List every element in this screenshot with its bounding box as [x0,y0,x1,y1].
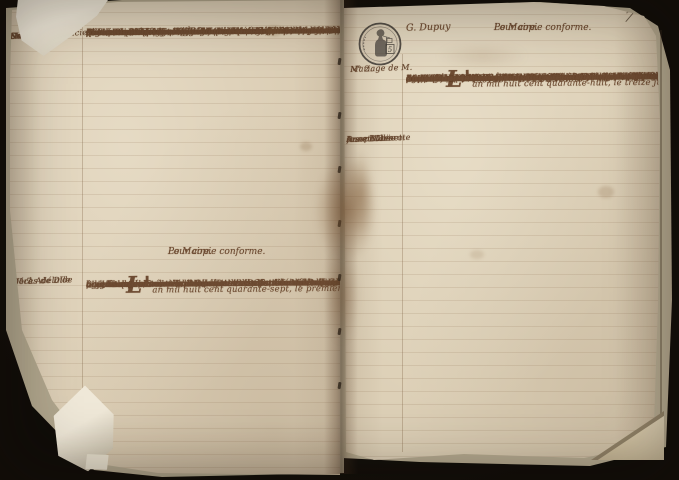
handwritten-line: Dora Adélaïde [12,273,73,288]
certification-signer: Le Maire. [168,246,212,258]
certification-signer: Le Maire. [494,22,538,34]
foxing-spot [470,250,484,259]
faint-top-stain [436,42,528,70]
foxing-spot [266,26,282,36]
margin-rule [402,54,403,452]
marriage-act-text: L'an mil huit cent quarante-huit, le tre… [406,71,660,74]
margin-note-death: N° 7.Décès de DlleDora Adélaïde [12,273,84,276]
left-page: Naissance deMademoiselleSophie MarieGuil… [8,0,340,478]
birth-act-text: midi, Pardevant nous Guillaume Dupuy, pr… [86,25,336,27]
foxing-spot [300,142,312,151]
register-photo: Naissance deMademoiselleSophie MarieGuil… [0,0,679,480]
right-page: 5 G. Dupuy Pour copie conforme. Le Maire… [344,2,666,464]
foxing-spot [598,186,614,198]
stamp-value: 5 [388,46,393,54]
death-act-text: L'an mil huit cent quarante-sept, le pre… [86,277,338,279]
clerk-signature: G. Dupuy [406,21,451,34]
handwritten-line: Mariage de M. [350,61,413,76]
gutter-stain-tail [324,248,360,344]
page-edge-seam [660,30,662,430]
page-edge-stain [346,150,374,238]
